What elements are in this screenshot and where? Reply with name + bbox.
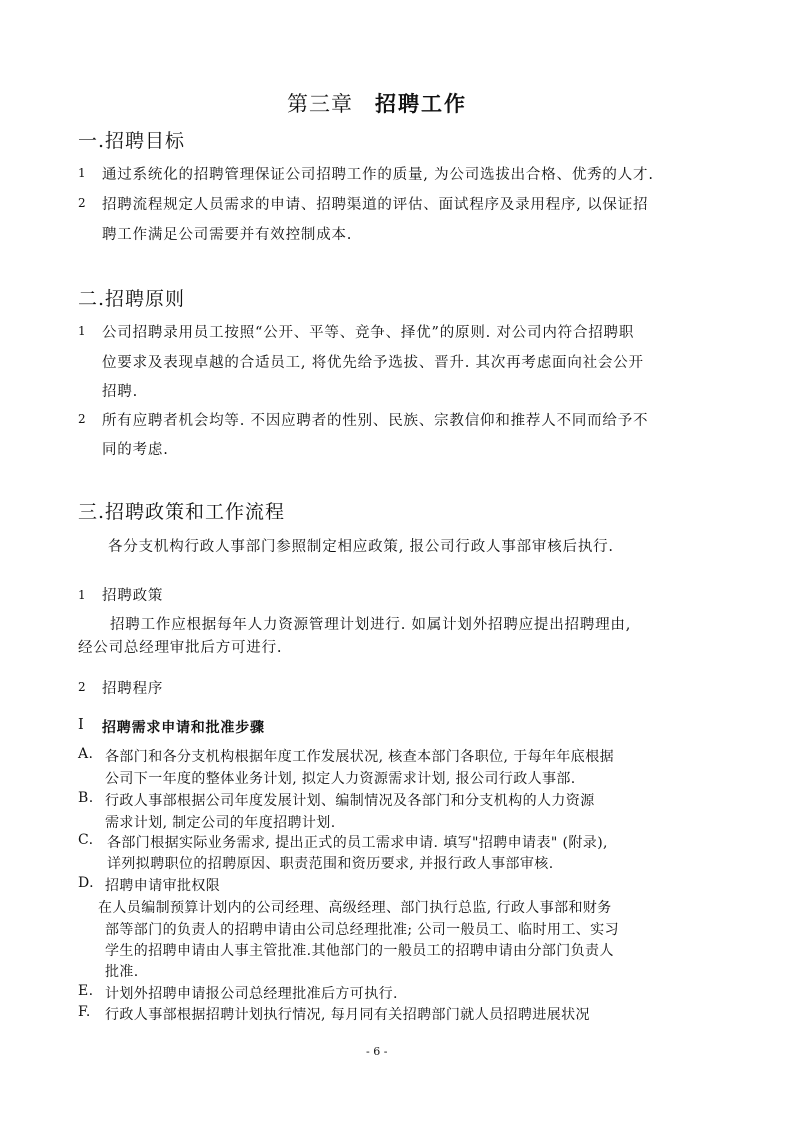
item-letter: F. xyxy=(78,1004,91,1020)
intro-paragraph: 各分支机构行政人事部门参照制定相应政策, 报公司行政人事部审核后执行. xyxy=(108,535,614,556)
list-item-text: 招聘. xyxy=(102,380,138,401)
item-text: 公司下一年度的整体业务计划, 拟定人力资源需求计划, 报公司行政人事部. xyxy=(105,768,576,788)
sub-heading-procedure: 招聘程序 xyxy=(102,677,163,698)
sub-heading-policy: 招聘政策 xyxy=(102,584,163,605)
item-text: 在人员编制预算计划内的公司经理、高级经理、部门执行总监, 行政人事部和财务 xyxy=(98,897,612,917)
sub-number: 2 xyxy=(78,680,86,694)
step-number: I xyxy=(78,717,85,733)
item-letter: B. xyxy=(78,790,94,806)
policy-text: 经公司总经理审批后方可进行. xyxy=(78,636,282,657)
sub-number: 1 xyxy=(78,588,86,602)
item-letter: D. xyxy=(78,875,94,891)
list-number: 1 xyxy=(78,166,86,180)
item-text: 各部门和各分支机构根据年度工作发展状况, 核查本部门各职位, 于每年年底根据 xyxy=(105,746,614,766)
item-text: 各部门根据实际业务需求, 提出正式的员工需求申请. 填写"招聘申请表" (附录)… xyxy=(107,832,608,852)
item-letter: A. xyxy=(78,746,93,762)
list-item-text: 通过系统化的招聘管理保证公司招聘工作的质量, 为公司选拔出合格、优秀的人才. xyxy=(102,163,654,184)
policy-text: 招聘工作应根据每年人力资源管理计划进行. 如属计划外招聘应提出招聘理由, xyxy=(110,613,631,634)
item-text: 学生的招聘申请由人事主管批准.其他部门的一般员工的招聘申请由分部门负责人 xyxy=(105,940,614,960)
item-text: 需求计划, 制定公司的年度招聘计划. xyxy=(105,812,336,832)
chapter-number: 第三章 xyxy=(287,92,353,116)
page-number: - 6 - xyxy=(366,1045,387,1058)
list-item-text: 同的考虑. xyxy=(102,438,169,459)
list-item-text: 公司招聘录用员工按照“公开、平等、竞争、择优”的原则. 对公司内符合招聘职 xyxy=(102,321,634,342)
section-heading-principles: 二.招聘原则 xyxy=(78,284,185,311)
section-heading-policy: 三.招聘政策和工作流程 xyxy=(78,497,285,524)
list-item-text: 所有应聘者机会均等. 不因应聘者的性别、民族、宗教信仰和推荐人不同而给予不 xyxy=(102,409,648,430)
item-text: 计划外招聘申请报公司总经理批准后方可执行. xyxy=(105,983,398,1003)
item-text: 行政人事部根据公司年度发展计划、编制情况及各部门和分支机构的人力资源 xyxy=(105,790,595,810)
item-text: 详列拟聘职位的招聘原因、职责范围和资历要求, 并报行政人事部审核. xyxy=(107,853,554,873)
item-letter: E. xyxy=(78,983,93,999)
item-text: 批准. xyxy=(105,961,139,981)
section-heading-goals: 一.招聘目标 xyxy=(78,126,185,153)
step-heading: 招聘需求申请和批准步骤 xyxy=(102,717,265,737)
item-text: 招聘申请审批权限 xyxy=(105,875,220,895)
list-item-text: 聘工作满足公司需要并有效控制成本. xyxy=(102,223,352,244)
list-number: 1 xyxy=(78,324,86,338)
chapter-name: 招聘工作 xyxy=(375,91,467,116)
list-item-text: 位要求及表现卓越的合适员工, 将优先给予选拔、晋升. 其次再考虑面向社会公开 xyxy=(102,351,644,372)
chapter-title: 第三章招聘工作 xyxy=(287,88,467,118)
list-number: 2 xyxy=(78,412,86,426)
item-text: 行政人事部根据招聘计划执行情况, 每月同有关招聘部门就人员招聘进展状况 xyxy=(105,1004,590,1024)
item-letter: C. xyxy=(78,832,93,848)
list-item-text: 招聘流程规定人员需求的申请、招聘渠道的评估、面试程序及录用程序, 以保证招 xyxy=(102,193,648,214)
item-text: 部等部门的负责人的招聘申请由公司总经理批准; 公司一般员工、临时用工、实习 xyxy=(105,919,619,939)
list-number: 2 xyxy=(78,196,86,210)
